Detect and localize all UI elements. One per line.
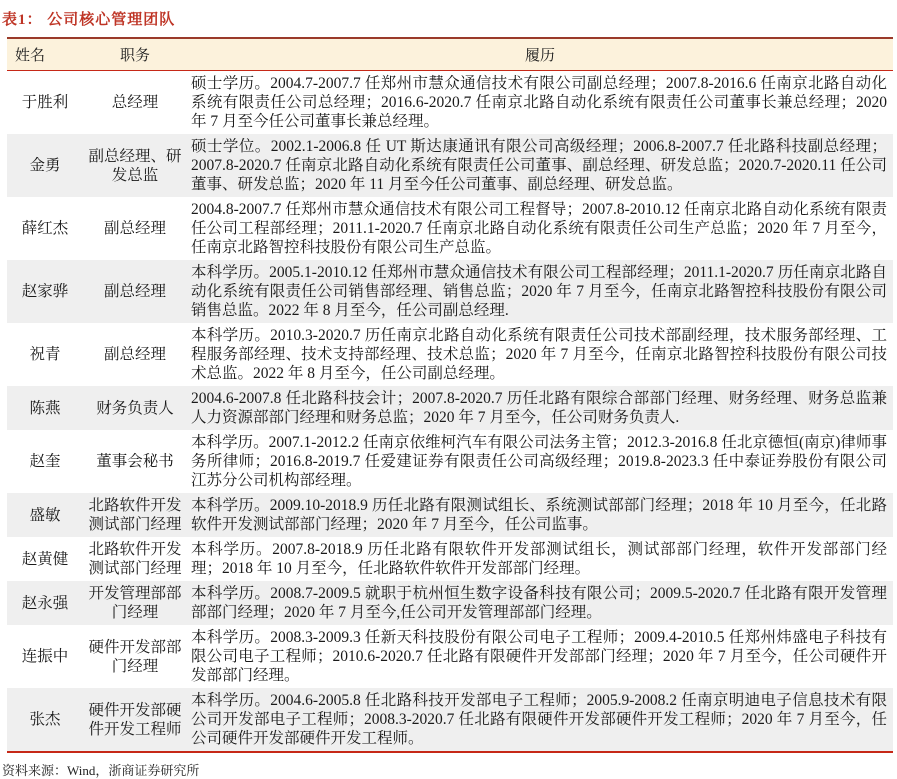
member-position: 财务负责人 (83, 386, 187, 430)
member-name: 赵家骅 (7, 260, 83, 323)
table-row: 张杰 硬件开发部硬件开发工程师 本科学历。2004.6-2005.8 任北路科技… (7, 688, 893, 752)
member-name: 金勇 (7, 134, 83, 197)
member-position: 北路软件开发测试部门经理 (83, 537, 187, 581)
table-row: 赵家骅 副总经理 本科学历。2005.1-2010.12 任郑州市慧众通信技术有… (7, 260, 893, 323)
table-body: 于胜利 总经理 硕士学历。2004.7-2007.7 任郑州市慧众通信技术有限公… (7, 71, 893, 753)
member-resume: 硕士学位。2002.1-2006.8 任 UT 斯达康通讯有限公司高级经理；20… (187, 134, 893, 197)
table-row: 连振中 硬件开发部部门经理 本科学历。2008.3-2009.3 任新天科技股份… (7, 625, 893, 688)
member-position: 副总经理 (83, 197, 187, 260)
member-name: 赵奎 (7, 430, 83, 493)
table-header: 姓名 职务 履历 (7, 38, 893, 71)
table-row: 于胜利 总经理 硕士学历。2004.7-2007.7 任郑州市慧众通信技术有限公… (7, 71, 893, 135)
member-resume: 本科学历。2008.3-2009.3 任新天科技股份有限公司电子工程师；2009… (187, 625, 893, 688)
table-title: 表1： 公司核心管理团队 (2, 8, 889, 29)
table-row: 陈燕 财务负责人 2004.6-2007.8 任北路科技会计；2007.8-20… (7, 386, 893, 430)
member-resume: 硕士学历。2004.7-2007.7 任郑州市慧众通信技术有限公司副总经理；20… (187, 71, 893, 135)
header-resume: 履历 (187, 38, 893, 71)
member-resume: 本科学历。2004.6-2005.8 任北路科技开发部电子工程师；2005.9-… (187, 688, 893, 752)
member-resume: 2004.6-2007.8 任北路科技会计；2007.8-2020.7 历任北路… (187, 386, 893, 430)
member-resume: 本科学历。2005.1-2010.12 任郑州市慧众通信技术有限公司工程部经理；… (187, 260, 893, 323)
source-note: 资料来源：Wind，浙商证券研究所 (2, 760, 889, 779)
header-position: 职务 (83, 38, 187, 71)
member-position: 北路软件开发测试部门经理 (83, 493, 187, 537)
member-name: 张杰 (7, 688, 83, 752)
table-row: 盛敏 北路软件开发测试部门经理 本科学历。2009.10-2018.9 历任北路… (7, 493, 893, 537)
member-name: 陈燕 (7, 386, 83, 430)
member-name: 连振中 (7, 625, 83, 688)
member-name: 赵黄健 (7, 537, 83, 581)
table-row: 薛红杰 副总经理 2004.8-2007.7 任郑州市慧众通信技术有限公司工程督… (7, 197, 893, 260)
table-row: 金勇 副总经理、研发总监 硕士学位。2002.1-2006.8 任 UT 斯达康… (7, 134, 893, 197)
table-row: 赵黄健 北路软件开发测试部门经理 本科学历。2007.8-2018.9 历任北路… (7, 537, 893, 581)
member-name: 盛敏 (7, 493, 83, 537)
member-position: 副总经理、研发总监 (83, 134, 187, 197)
member-resume: 本科学历。2007.8-2018.9 历任北路有限软件开发部测试组长，测试部部门… (187, 537, 893, 581)
member-position: 总经理 (83, 71, 187, 135)
member-name: 于胜利 (7, 71, 83, 135)
member-resume: 本科学历。2010.3-2020.7 历任南京北路自动化系统有限责任公司技术部副… (187, 323, 893, 386)
table-row: 赵奎 董事会秘书 本科学历。2007.1-2012.2 任南京依维柯汽车有限公司… (7, 430, 893, 493)
member-position: 硬件开发部硬件开发工程师 (83, 688, 187, 752)
table-row: 赵永强 开发管理部部门经理 本科学历。2008.7-2009.5 就职于杭州恒生… (7, 581, 893, 625)
member-position: 硬件开发部部门经理 (83, 625, 187, 688)
member-position: 副总经理 (83, 323, 187, 386)
header-name: 姓名 (7, 38, 83, 71)
member-name: 薛红杰 (7, 197, 83, 260)
member-resume: 本科学历。2008.7-2009.5 就职于杭州恒生数字设备科技有限公司；200… (187, 581, 893, 625)
management-table: 姓名 职务 履历 于胜利 总经理 硕士学历。2004.7-2007.7 任郑州市… (7, 37, 893, 753)
member-position: 开发管理部部门经理 (83, 581, 187, 625)
member-position: 副总经理 (83, 260, 187, 323)
report-page: 表1： 公司核心管理团队 姓名 职务 履历 于胜利 总经理 硕士学历。2004.… (0, 0, 897, 779)
member-name: 祝青 (7, 323, 83, 386)
header-row: 姓名 职务 履历 (7, 38, 893, 71)
member-resume: 本科学历。2009.10-2018.9 历任北路有限测试组长、系统测试部部门经理… (187, 493, 893, 537)
member-position: 董事会秘书 (83, 430, 187, 493)
member-resume: 本科学历。2007.1-2012.2 任南京依维柯汽车有限公司法务主管；2012… (187, 430, 893, 493)
member-resume: 2004.8-2007.7 任郑州市慧众通信技术有限公司工程督导；2007.8-… (187, 197, 893, 260)
table-row: 祝青 副总经理 本科学历。2010.3-2020.7 历任南京北路自动化系统有限… (7, 323, 893, 386)
member-name: 赵永强 (7, 581, 83, 625)
